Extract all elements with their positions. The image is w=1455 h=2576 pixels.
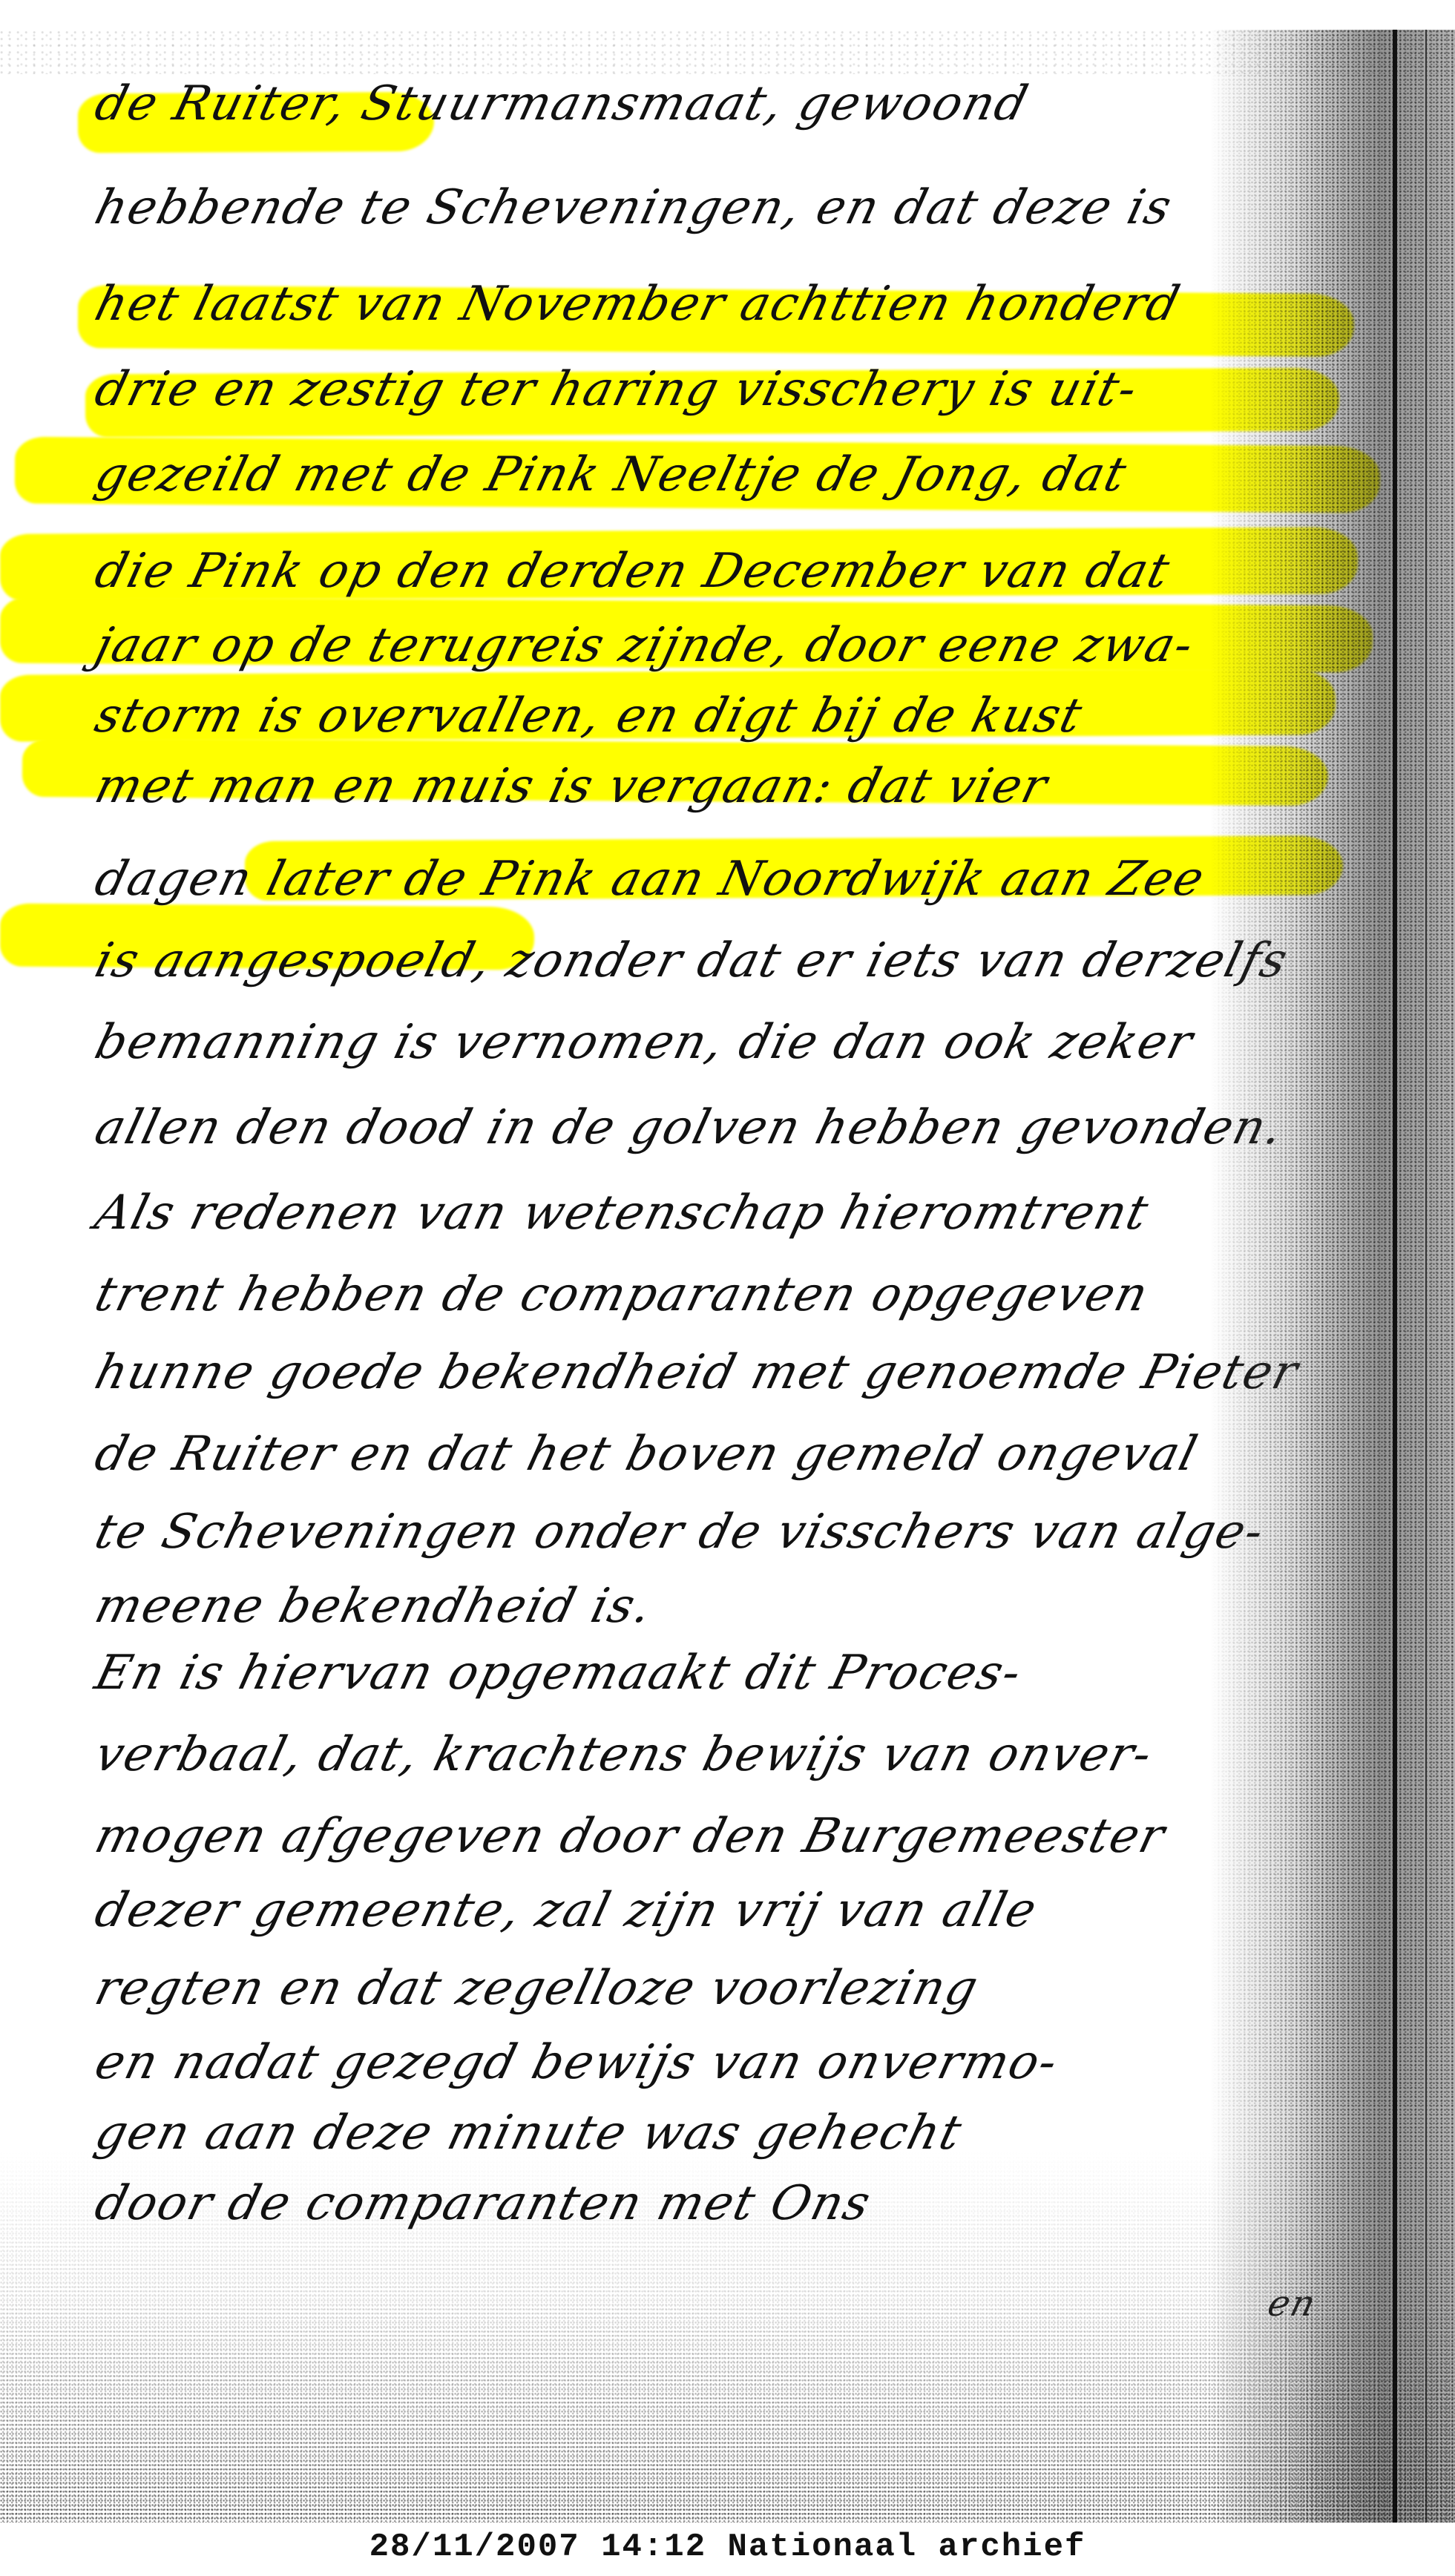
handwritten-line: verbaal, dat, krachtens bewijs van onver… [89,1725,1365,1784]
handwritten-line: jaar op de terugreis zijnde, door eene z… [89,616,1365,675]
handwritten-line: die Pink op den derden December van dat [89,542,1365,601]
handwritten-line: dagen later de Pink aan Noordwijk aan Ze… [89,850,1365,909]
handwritten-line: mogen afgegeven door den Burgemeester [89,1807,1365,1866]
handwritten-line: regten en dat zegelloze voorlezing [89,1959,1365,2018]
binding-edge-line-thin [1425,30,1427,2523]
handwritten-line: de Ruiter, Stuurmansmaat, gewoond [89,74,1365,134]
binding-grain [1210,30,1455,2523]
handwritten-line: is aangespoeld, zonder dat er iets van d… [89,931,1365,990]
handwritten-line: en nadat gezegd bewijs van onvermo- [89,2033,1365,2092]
fax-timestamp-stamp: 28/11/2007 14:12 Nationaal archief [0,2529,1455,2566]
handwritten-line: drie en zestig ter haring visschery is u… [89,360,1365,419]
handwritten-line: meene bekendheid is. [89,1577,1365,1636]
handwritten-line: dezer gemeente, zal zijn vrij van alle [89,1881,1365,1940]
handwritten-line: bemanning is vernomen, die dan ook zeker [89,1013,1365,1072]
handwritten-line: Als redenen van wetenschap hieromtrent [89,1183,1365,1243]
handwritten-line: hebbende te Scheveningen, en dat deze is [89,178,1365,237]
binding-edge-line [1393,30,1397,2523]
handwritten-line: het laatst van November achttien honderd [89,275,1365,334]
handwritten-line: de Ruiter en dat het boven gemeld ongeva… [89,1425,1365,1484]
handwritten-line: trent hebben de comparanten opgegeven [89,1265,1365,1324]
handwritten-line: storm is overvallen, en digt bij de kust [89,686,1365,746]
scan-noise-bottom [0,2152,1455,2523]
handwritten-line: met man en muis is vergaan: dat vier [89,757,1365,816]
handwritten-line: te Scheveningen onder de visschers van a… [89,1502,1365,1562]
handwritten-line: gezeild met de Pink Neeltje de Jong, dat [89,445,1365,505]
handwritten-line: En is hiervan opgemaakt dit Proces- [89,1643,1365,1703]
document-page: de Ruiter, Stuurmansmaat, gewoondhebbend… [0,30,1455,2523]
handwritten-line: allen den dood in de golven hebben gevon… [89,1098,1365,1157]
handwritten-line: hunne goede bekendheid met genoemde Piet… [89,1343,1365,1402]
